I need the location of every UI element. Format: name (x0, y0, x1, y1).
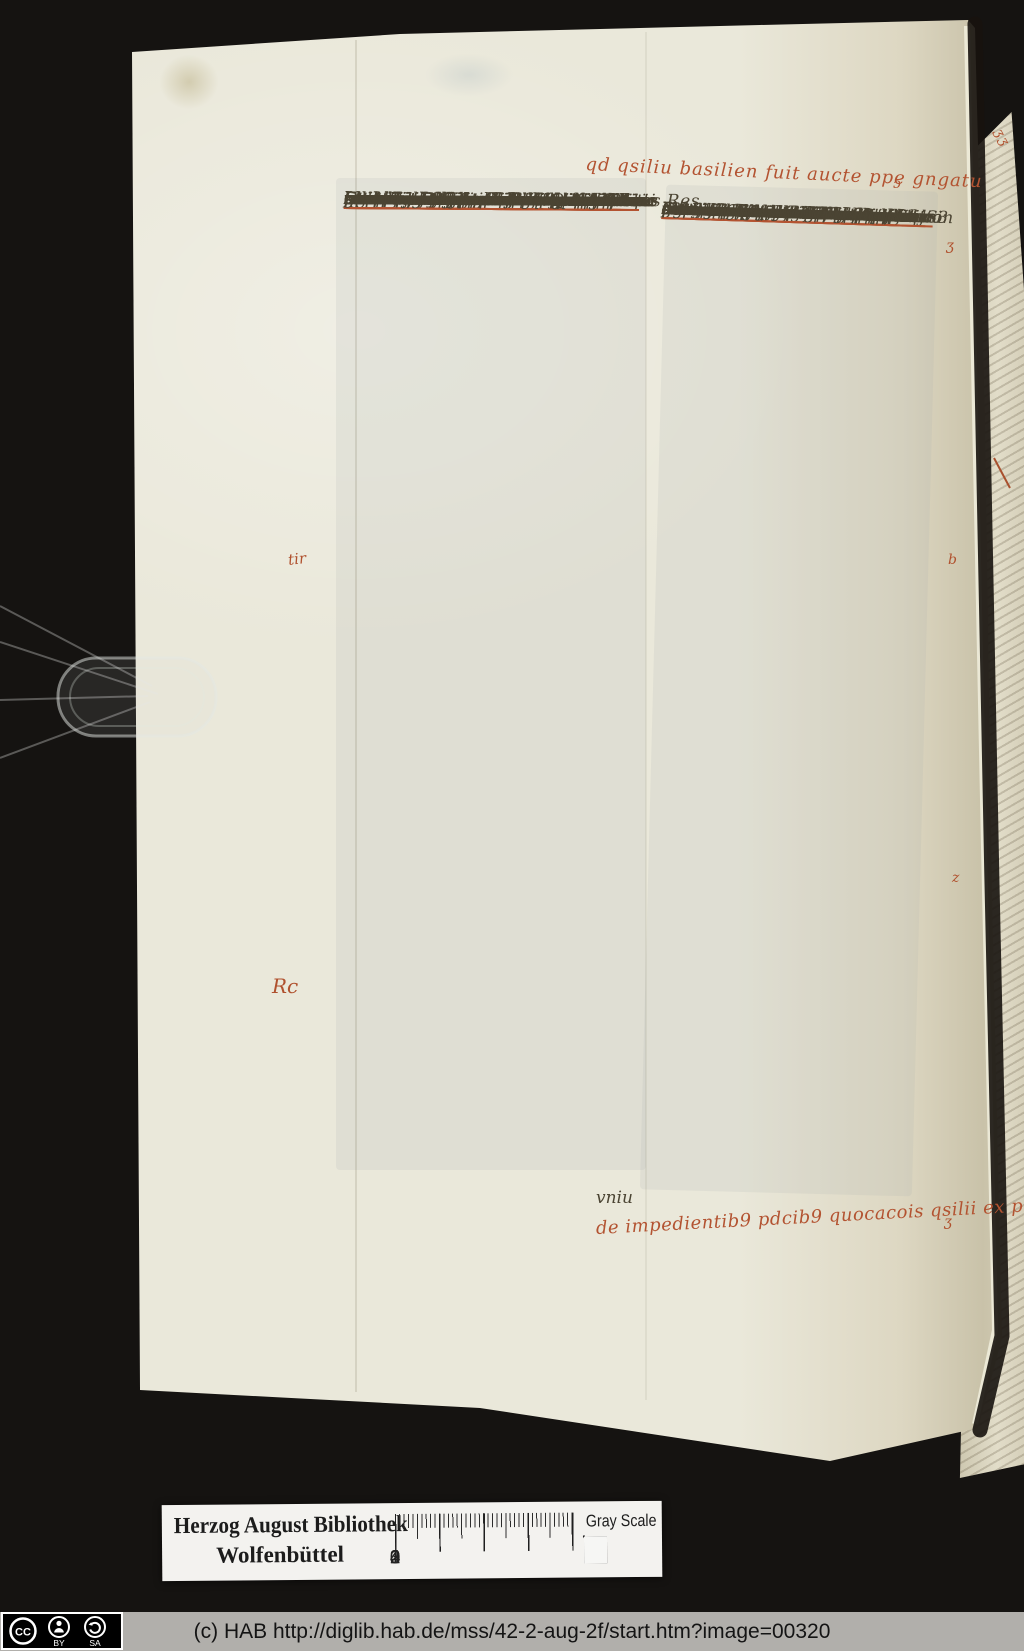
parchment-stain (148, 44, 230, 120)
library-scale-card: Herzog August Bibliothek Wolfenbüttel 01… (162, 1501, 663, 1581)
svg-text:BY: BY (53, 1638, 65, 1648)
parchment-smudge (406, 44, 532, 106)
left-margin-note: Rc (272, 974, 298, 998)
caption-bar: (c) HAB http://diglib.hab.de/mss/42-2-au… (0, 1612, 1024, 1651)
institution-name-line2: Wolfenbüttel (174, 1541, 386, 1569)
manuscript-text-line: gandi illud pro vt ee vniu (344, 188, 601, 212)
caption-text: (c) HAB http://diglib.hab.de/mss/42-2-au… (0, 1612, 1024, 1651)
right-margin-mark: ʒ (946, 238, 954, 254)
manuscript-photo: ʒʒ qd qsiliu basilien fuit aucte ppe gng… (0, 0, 1024, 1651)
cc-icon: CC (11, 1619, 36, 1644)
left-margin-note: tir (287, 549, 307, 569)
gray-scale-patches (583, 1535, 585, 1537)
rubric-margin-mark: ɔ (893, 176, 901, 192)
right-margin-mark: b (948, 552, 957, 568)
svg-text:SA: SA (89, 1638, 101, 1648)
catchword: vniu (596, 1188, 633, 1208)
institution-name-line1: Herzog August Bibliothek (174, 1511, 386, 1539)
cc-sa-icon: SA (85, 1617, 105, 1648)
text-block-tint-left (336, 178, 646, 1170)
ruler-number: 4 (388, 1547, 402, 1569)
text-block-tint-right (640, 185, 938, 1197)
svg-text:CC: CC (15, 1627, 31, 1639)
gray-scale-label: Gray Scale (586, 1511, 657, 1532)
cc-by-icon: BY (49, 1617, 69, 1648)
right-margin-mark: ʒ (944, 1214, 952, 1230)
right-margin-mark: z (952, 870, 959, 886)
cc-license-badge: CC BY SA (1, 1612, 123, 1650)
ruler-centimeter-ticks (395, 1513, 574, 1553)
gray-patch (584, 1536, 607, 1563)
